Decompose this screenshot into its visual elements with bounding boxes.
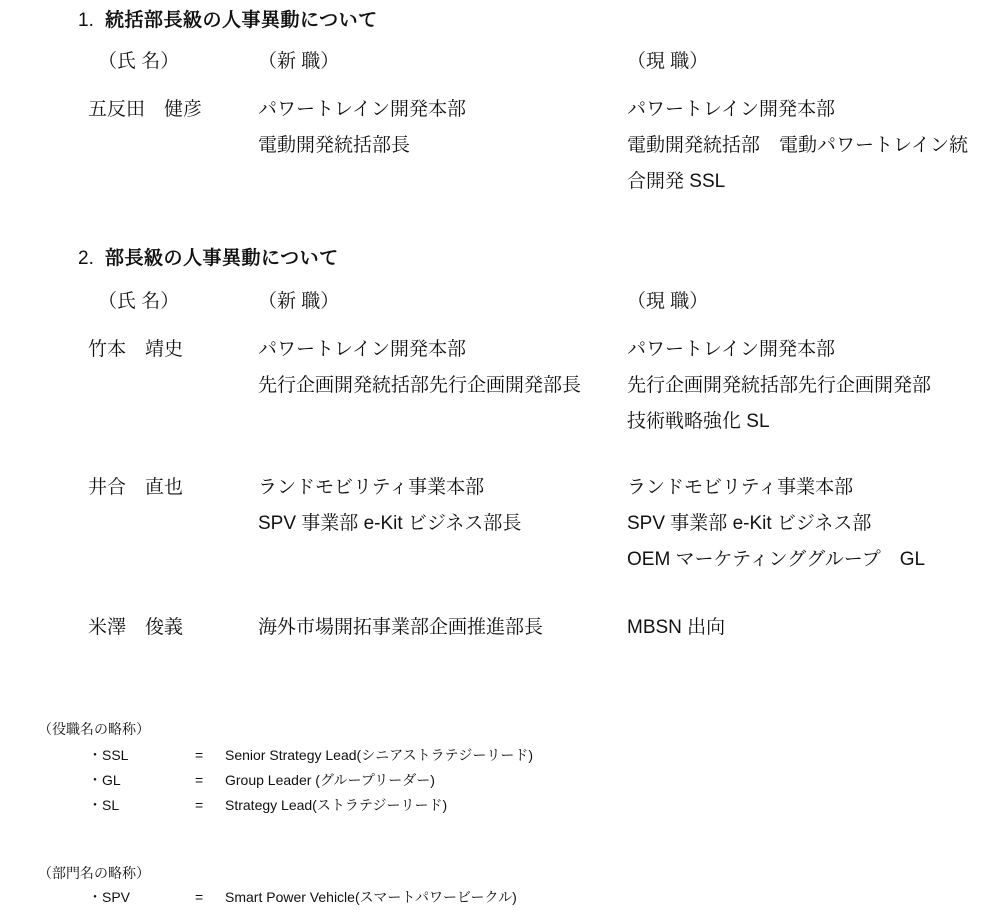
current-position: パワートレイン開発本部 電動開発統括部 電動パワートレイン統 合開発 SSL: [627, 92, 1000, 200]
new-position-line: SPV 事業部 e-Kit ビジネス部長: [258, 506, 627, 542]
employee-name: 米澤 俊義: [0, 610, 258, 646]
table-row: 米澤 俊義 海外市場開拓事業部企画推進部長 MBSN 出向: [0, 610, 1000, 646]
section-2-column-header-row: （氏 名） （新 職） （現 職）: [0, 284, 1000, 320]
current-position-line: OEM マーケティンググループ GL: [627, 542, 1000, 578]
section-2: 2. 部長級の人事異動について （氏 名） （新 職） （現 職） 竹本 靖史 …: [0, 246, 1000, 646]
current-position-line: ランドモビリティ事業本部: [627, 470, 1000, 506]
new-position: 海外市場開拓事業部企画推進部長: [258, 610, 627, 646]
new-position-line: パワートレイン開発本部: [258, 332, 627, 368]
col-header-name: （氏 名）: [0, 44, 258, 80]
abbreviation-item: ・GL = Group Leader (グループリーダー): [0, 768, 1000, 793]
current-position-line: 先行企画開発統括部先行企画開発部: [627, 368, 1000, 404]
abbreviation-item: ・SSL = Senior Strategy Lead(シニアストラテジーリード…: [0, 743, 1000, 768]
abbreviation-definition: Senior Strategy Lead(シニアストラテジーリード): [225, 743, 1000, 768]
current-position-line: 技術戦略強化 SL: [627, 404, 1000, 440]
equals-sign: =: [195, 885, 225, 910]
new-position: パワートレイン開発本部 電動開発統括部長: [258, 92, 627, 200]
section-1-number: 1.: [78, 8, 105, 34]
new-position: パワートレイン開発本部 先行企画開発統括部先行企画開発部長: [258, 332, 627, 440]
employee-name: 竹本 靖史: [0, 332, 258, 440]
abbreviation-term: ・SSL: [88, 743, 195, 768]
abbreviation-list: ・SPV = Smart Power Vehicle(スマートパワービークル): [0, 885, 1000, 910]
abbreviation-term: ・SPV: [88, 885, 195, 910]
current-position: MBSN 出向: [627, 610, 1000, 646]
equals-sign: =: [195, 743, 225, 768]
new-position-line: 電動開発統括部長: [258, 128, 627, 164]
new-position-line: 先行企画開発統括部先行企画開発部長: [258, 368, 627, 404]
section-1: 1. 統括部長級の人事異動について （氏 名） （新 職） （現 職） 五反田 …: [0, 8, 1000, 200]
col-header-new-position: （新 職）: [258, 284, 627, 320]
current-position-line: 合開発 SSL: [627, 164, 1000, 200]
section-2-number: 2.: [78, 246, 105, 272]
abbreviation-definition: Group Leader (グループリーダー): [225, 768, 1000, 793]
current-position-line: パワートレイン開発本部: [627, 92, 1000, 128]
footnote-division-abbreviations: （部門名の略称） ・SPV = Smart Power Vehicle(スマート…: [0, 863, 1000, 910]
abbreviation-list: ・SSL = Senior Strategy Lead(シニアストラテジーリード…: [0, 743, 1000, 818]
section-2-title: 部長級の人事異動について: [105, 246, 339, 272]
employee-name: 井合 直也: [0, 470, 258, 578]
current-position-line: パワートレイン開発本部: [627, 332, 1000, 368]
new-position-line: 海外市場開拓事業部企画推進部長: [258, 610, 627, 646]
table-row: 竹本 靖史 パワートレイン開発本部 先行企画開発統括部先行企画開発部長 パワート…: [0, 332, 1000, 440]
current-position-line: 電動開発統括部 電動パワートレイン統: [627, 128, 1000, 164]
col-header-current-position: （現 職）: [627, 44, 1000, 80]
col-header-name: （氏 名）: [0, 284, 258, 320]
abbreviation-term: ・GL: [88, 768, 195, 793]
abbreviation-item: ・SL = Strategy Lead(ストラテジーリード): [0, 793, 1000, 818]
footnote-label: （役職名の略称）: [38, 719, 1000, 739]
section-1-column-header-row: （氏 名） （新 職） （現 職）: [0, 44, 1000, 80]
footnote-label: （部門名の略称）: [38, 863, 1000, 883]
abbreviation-definition: Smart Power Vehicle(スマートパワービークル): [225, 885, 1000, 910]
abbreviation-term: ・SL: [88, 793, 195, 818]
table-row: 五反田 健彦 パワートレイン開発本部 電動開発統括部長 パワートレイン開発本部 …: [0, 92, 1000, 200]
table-row: 井合 直也 ランドモビリティ事業本部 SPV 事業部 e-Kit ビジネス部長 …: [0, 470, 1000, 578]
current-position: パワートレイン開発本部 先行企画開発統括部先行企画開発部 技術戦略強化 SL: [627, 332, 1000, 440]
section-2-heading: 2. 部長級の人事異動について: [0, 246, 1000, 272]
current-position-line: SPV 事業部 e-Kit ビジネス部: [627, 506, 1000, 542]
new-position: ランドモビリティ事業本部 SPV 事業部 e-Kit ビジネス部長: [258, 470, 627, 578]
abbreviation-definition: Strategy Lead(ストラテジーリード): [225, 793, 1000, 818]
col-header-current-position: （現 職）: [627, 284, 1000, 320]
abbreviation-item: ・SPV = Smart Power Vehicle(スマートパワービークル): [0, 885, 1000, 910]
section-1-title: 統括部長級の人事異動について: [105, 8, 378, 34]
equals-sign: =: [195, 768, 225, 793]
footnote-role-abbreviations: （役職名の略称） ・SSL = Senior Strategy Lead(シニア…: [0, 719, 1000, 818]
employee-name: 五反田 健彦: [0, 92, 258, 200]
current-position: ランドモビリティ事業本部 SPV 事業部 e-Kit ビジネス部 OEM マーケ…: [627, 470, 1000, 578]
footnotes: （役職名の略称） ・SSL = Senior Strategy Lead(シニア…: [0, 719, 1000, 910]
document-page: { "page": { "background": "#ffffff", "te…: [0, 0, 1000, 912]
col-header-new-position: （新 職）: [258, 44, 627, 80]
new-position-line: パワートレイン開発本部: [258, 92, 627, 128]
section-1-heading: 1. 統括部長級の人事異動について: [0, 8, 1000, 34]
equals-sign: =: [195, 793, 225, 818]
new-position-line: ランドモビリティ事業本部: [258, 470, 627, 506]
current-position-line: MBSN 出向: [627, 610, 1000, 646]
